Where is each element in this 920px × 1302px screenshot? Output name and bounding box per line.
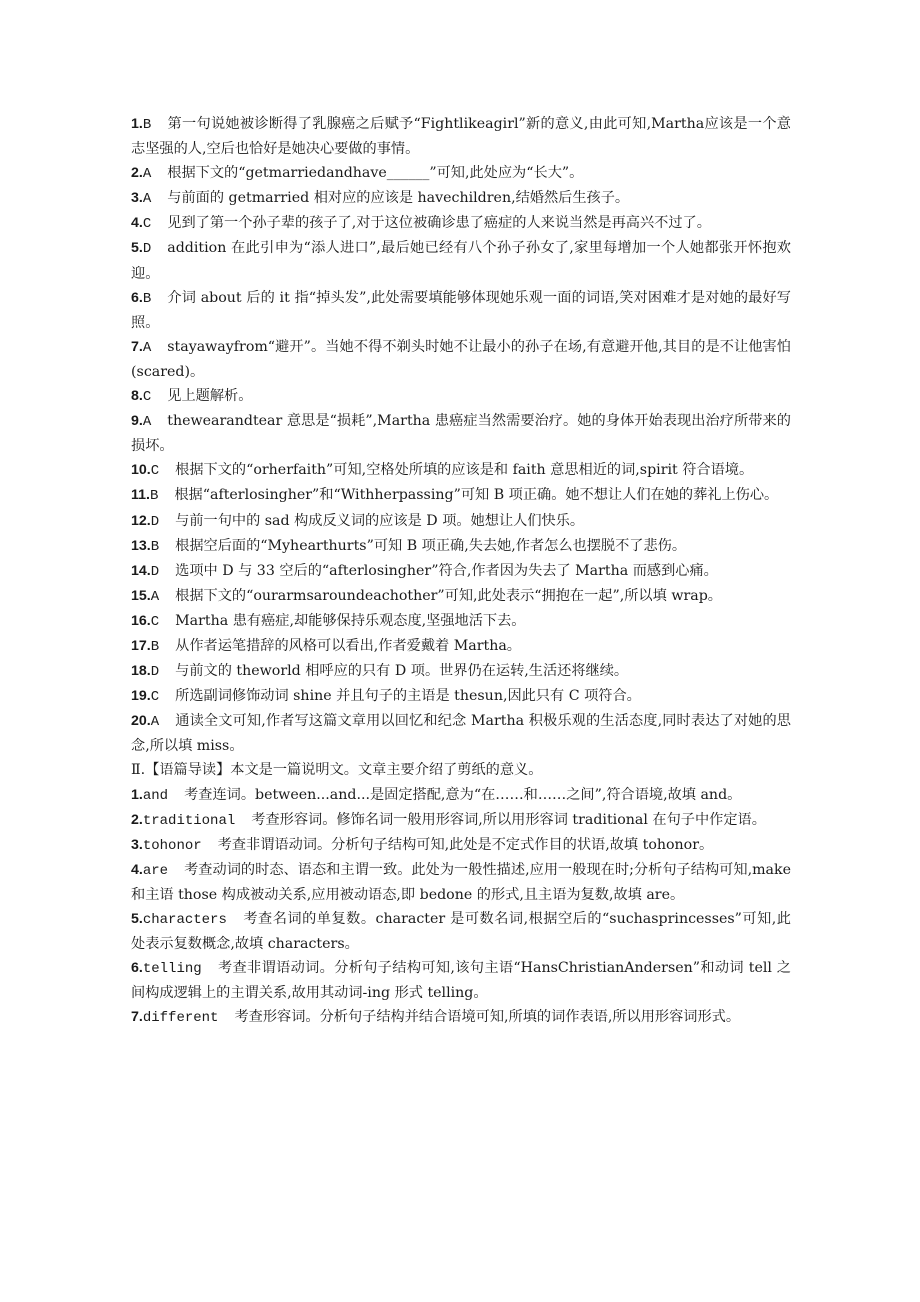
answer-item: 13.B根据空后面的“Myhearthurts”可知 B 项正确,失去她,作者怎… <box>131 534 791 559</box>
answer-item: 20.A通读全文可知,作者写这篇文章用以回忆和纪念 Martha 积极乐观的生活… <box>131 709 791 758</box>
section-heading: Ⅱ.【语篇导读】本文是一篇说明文。文章主要介绍了剪纸的意义。 <box>131 758 791 782</box>
answer-item: 3.A与前面的 getmarried 相对应的应该是 havechildren,… <box>131 186 791 211</box>
answer-item: 8.C见上题解析。 <box>131 384 791 409</box>
answer-item: 2.traditional考查形容词。修饰名词一般用形容词,所以用形容词 tra… <box>131 808 791 833</box>
answer-item: 7.different考查形容词。分析句子结构并结合语境可知,所填的词作表语,所… <box>131 1005 791 1030</box>
answer-item: 12.D与前一句中的 sad 构成反义词的应该是 D 项。她想让人们快乐。 <box>131 509 791 534</box>
answer-item: 9.Athewearandtear 意思是“损耗”,Martha 患癌症当然需要… <box>131 409 791 458</box>
answer-item: 7.Astayawayfrom“避开”。当她不得不剃头时她不让最小的孙子在场,有… <box>131 335 791 384</box>
answer-item: 4.C见到了第一个孙子辈的孩子了,对于这位被确诊患了癌症的人来说当然是再高兴不过… <box>131 211 791 236</box>
answer-item: 2.A根据下文的“getmarriedandhave______”可知,此处应为… <box>131 161 791 186</box>
answer-item: 15.A根据下文的“ourarmsaroundeachother”可知,此处表示… <box>131 584 791 609</box>
answer-key-document: 1.B第一句说她被诊断得了乳腺癌之后赋予“Fightlikeagirl”新的意义… <box>131 112 791 1030</box>
answer-item: 4.are考查动词的时态、语态和主谓一致。此处为一般性描述,应用一般现在时;分析… <box>131 858 791 907</box>
answer-item: 6.B介词 about 后的 it 指“掉头发”,此处需要填能够体现她乐观一面的… <box>131 286 791 335</box>
answer-item: 18.D与前文的 theworld 相呼应的只有 D 项。世界仍在运转,生活还将… <box>131 659 791 684</box>
answer-item: 3.tohonor考查非谓语动词。分析句子结构可知,此处是不定式作目的状语,故填… <box>131 833 791 858</box>
answer-item: 10.C根据下文的“orherfaith”可知,空格处所填的应该是和 faith… <box>131 458 791 483</box>
answer-item: 1.B第一句说她被诊断得了乳腺癌之后赋予“Fightlikeagirl”新的意义… <box>131 112 791 161</box>
part1-answers: 1.B第一句说她被诊断得了乳腺癌之后赋予“Fightlikeagirl”新的意义… <box>131 112 791 758</box>
answer-item: 17.B从作者运笔措辞的风格可以看出,作者爱戴着 Martha。 <box>131 634 791 659</box>
answer-item: 5.characters考查名词的单复数。character 是可数名词,根据空… <box>131 907 791 956</box>
answer-item: 19.C所选副词修饰动词 shine 并且句子的主语是 thesun,因此只有 … <box>131 684 791 709</box>
answer-item: 14.D选项中 D 与 33 空后的“afterlosingher”符合,作者因… <box>131 559 791 584</box>
answer-item: 16.CMartha 患有癌症,却能够保持乐观态度,坚强地活下去。 <box>131 609 791 634</box>
answer-item: 5.Daddition 在此引申为“添人进口”,最后她已经有八个孙子孙女了,家里… <box>131 236 791 285</box>
part2-answers: Ⅱ.【语篇导读】本文是一篇说明文。文章主要介绍了剪纸的意义。 1.and考查连词… <box>131 758 791 1030</box>
answer-item: 6.telling考查非谓语动词。分析句子结构可知,该句主语“HansChris… <box>131 956 791 1005</box>
answer-item: 1.and考查连词。between...and...是固定搭配,意为“在……和…… <box>131 783 791 808</box>
answer-item: 11.B根据“afterlosingher”和“Withherpassing”可… <box>131 483 791 508</box>
